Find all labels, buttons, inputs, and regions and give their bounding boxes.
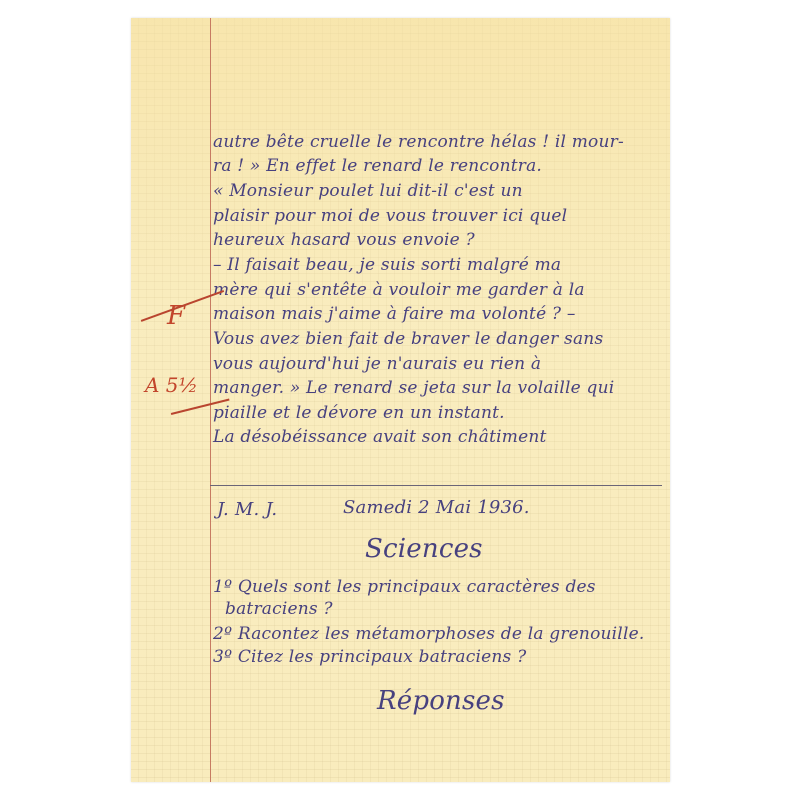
lesson-date: Samedi 2 Mai 1936. (343, 497, 530, 519)
score-mark: A 5½ (145, 373, 198, 397)
subject-heading: Sciences (365, 534, 483, 564)
question-number: 3º (213, 647, 232, 667)
question-text: batraciens ? (225, 599, 333, 619)
story-line: – Il faisait beau, je suis sorti malgré … (213, 254, 561, 276)
question-item: 2º Racontez les métamorphoses de la gren… (213, 623, 644, 645)
question-text: Racontez les métamorphoses de la grenoui… (238, 624, 645, 644)
story-line: vous aujourd'hui je n'aurais eu rien à (213, 353, 541, 375)
answers-heading: Réponses (377, 686, 505, 716)
question-number: 2º (213, 624, 232, 644)
question-item: 3º Citez les principaux batraciens ? (213, 646, 526, 668)
story-line: « Monsieur poulet lui dit-il c'est un (213, 180, 523, 202)
story-line: Vous avez bien fait de braver le danger … (213, 328, 603, 350)
story-line: heureux hasard vous envoie ? (213, 229, 475, 251)
question-item: batraciens ? (225, 598, 333, 620)
story-line: piaille et le dévore en un instant. (213, 402, 505, 424)
margin-line (210, 18, 211, 782)
question-text: Quels sont les principaux caractères des (238, 577, 596, 597)
section-divider (210, 485, 662, 486)
question-text: Citez les principaux batraciens ? (238, 647, 527, 667)
story-line: ra ! » En effet le renard le rencontra. (213, 155, 542, 177)
story-line: La désobéissance avait son châtiment (213, 426, 547, 448)
story-line: plaisir pour moi de vous trouver ici que… (213, 205, 567, 227)
notebook-page: autre bête cruelle le rencontre hélas ! … (131, 18, 670, 782)
question-number: 1º (213, 577, 232, 597)
question-item: 1º Quels sont les principaux caractères … (213, 576, 596, 598)
story-line: manger. » Le renard se jeta sur la volai… (213, 377, 614, 399)
story-line: autre bête cruelle le rencontre hélas ! … (213, 131, 624, 153)
story-line: maison mais j'aime à faire ma volonté ? … (213, 303, 576, 325)
story-line: mère qui s'entête à vouloir me garder à … (213, 279, 585, 301)
initials: J. M. J. (217, 499, 277, 521)
